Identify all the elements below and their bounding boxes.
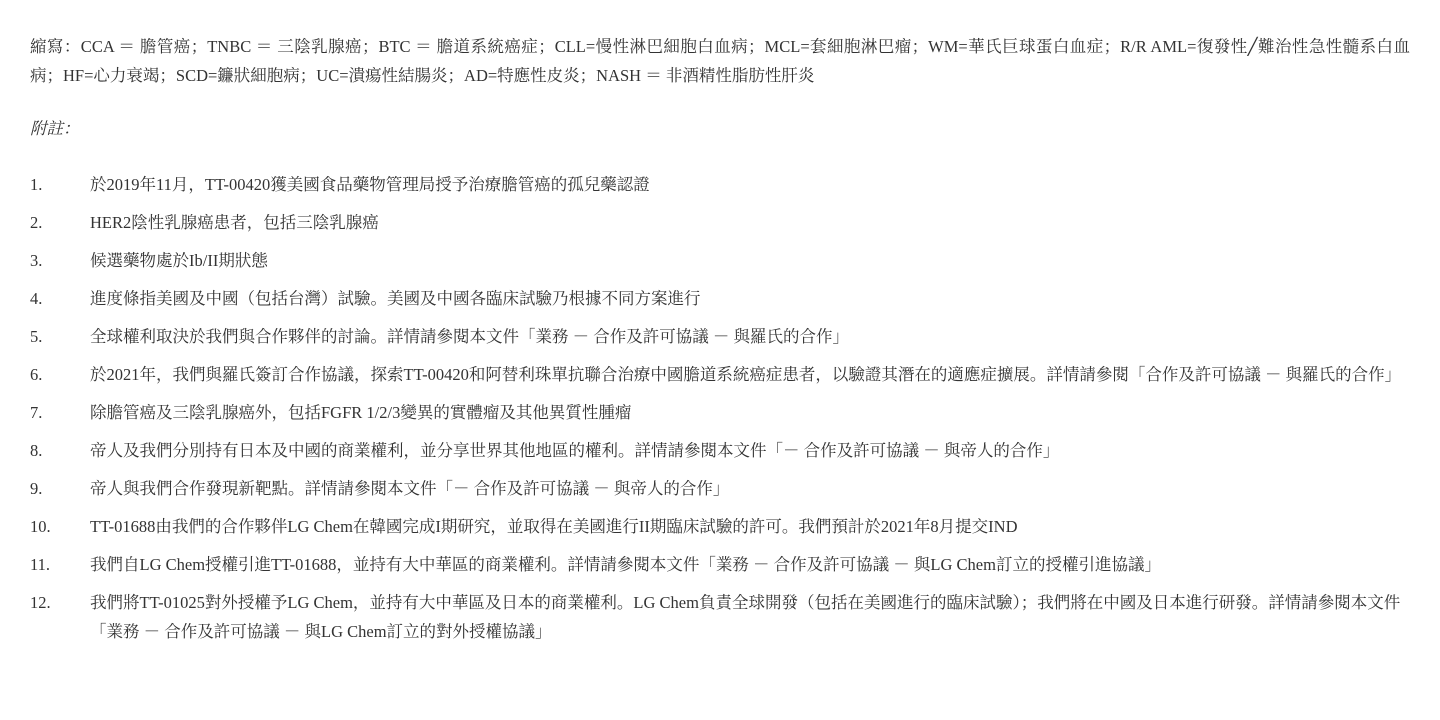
note-text: 於2019年11月，TT-00420獲美國食品藥物管理局授予治療膽管癌的孤兒藥認…: [90, 170, 1410, 199]
note-number: 9.: [30, 474, 90, 503]
note-number: 5.: [30, 322, 90, 351]
notes-title: 附註：: [30, 114, 1410, 143]
note-text: 候選藥物處於Ib/II期狀態: [90, 246, 1410, 275]
note-text: 帝人與我們合作發現新靶點。詳情請參閱本文件「－ 合作及許可協議 － 與帝人的合作…: [90, 474, 1410, 503]
note-number: 7.: [30, 398, 90, 427]
note-number: 4.: [30, 284, 90, 313]
note-number: 2.: [30, 208, 90, 237]
note-text: HER2陰性乳腺癌患者，包括三陰乳腺癌: [90, 208, 1410, 237]
note-text: 於2021年，我們與羅氏簽訂合作協議，探索TT-00420和阿替利珠單抗聯合治療…: [90, 360, 1410, 389]
note-item-1: 1. 於2019年11月，TT-00420獲美國食品藥物管理局授予治療膽管癌的孤…: [30, 170, 1410, 199]
note-text: 帝人及我們分別持有日本及中國的商業權利，並分享世界其他地區的權利。詳情請參閱本文…: [90, 436, 1410, 465]
note-item-6: 6. 於2021年，我們與羅氏簽訂合作協議，探索TT-00420和阿替利珠單抗聯…: [30, 360, 1410, 389]
note-text: 我們將TT-01025對外授權予LG Chem，並持有大中華區及日本的商業權利。…: [90, 588, 1410, 646]
note-number: 10.: [30, 512, 90, 541]
note-item-5: 5. 全球權利取決於我們與合作夥伴的討論。詳情請參閱本文件「業務 － 合作及許可…: [30, 322, 1410, 351]
note-number: 11.: [30, 550, 90, 579]
note-item-4: 4. 進度條指美國及中國（包括台灣）試驗。美國及中國各臨床試驗乃根據不同方案進行: [30, 284, 1410, 313]
document-page: 縮寫：CCA ＝ 膽管癌；TNBC ＝ 三陰乳腺癌；BTC ＝ 膽道系統癌症；C…: [30, 32, 1410, 655]
note-number: 3.: [30, 246, 90, 275]
note-item-11: 11. 我們自LG Chem授權引進TT-01688，並持有大中華區的商業權利。…: [30, 550, 1410, 579]
note-item-2: 2. HER2陰性乳腺癌患者，包括三陰乳腺癌: [30, 208, 1410, 237]
notes-list: 1. 於2019年11月，TT-00420獲美國食品藥物管理局授予治療膽管癌的孤…: [30, 170, 1410, 646]
note-text: TT-01688由我們的合作夥伴LG Chem在韓國完成I期研究，並取得在美國進…: [90, 512, 1410, 541]
note-item-7: 7. 除膽管癌及三陰乳腺癌外，包括FGFR 1/2/3變異的實體瘤及其他異質性腫…: [30, 398, 1410, 427]
note-item-10: 10. TT-01688由我們的合作夥伴LG Chem在韓國完成I期研究，並取得…: [30, 512, 1410, 541]
note-text: 我們自LG Chem授權引進TT-01688，並持有大中華區的商業權利。詳情請參…: [90, 550, 1410, 579]
note-item-3: 3. 候選藥物處於Ib/II期狀態: [30, 246, 1410, 275]
note-number: 6.: [30, 360, 90, 389]
note-item-12: 12. 我們將TT-01025對外授權予LG Chem，並持有大中華區及日本的商…: [30, 588, 1410, 646]
note-number: 12.: [30, 588, 90, 646]
abbreviations-paragraph: 縮寫：CCA ＝ 膽管癌；TNBC ＝ 三陰乳腺癌；BTC ＝ 膽道系統癌症；C…: [30, 32, 1410, 90]
note-number: 1.: [30, 170, 90, 199]
note-number: 8.: [30, 436, 90, 465]
note-item-9: 9. 帝人與我們合作發現新靶點。詳情請參閱本文件「－ 合作及許可協議 － 與帝人…: [30, 474, 1410, 503]
note-text: 除膽管癌及三陰乳腺癌外，包括FGFR 1/2/3變異的實體瘤及其他異質性腫瘤: [90, 398, 1410, 427]
note-item-8: 8. 帝人及我們分別持有日本及中國的商業權利，並分享世界其他地區的權利。詳情請參…: [30, 436, 1410, 465]
note-text: 進度條指美國及中國（包括台灣）試驗。美國及中國各臨床試驗乃根據不同方案進行: [90, 284, 1410, 313]
note-text: 全球權利取決於我們與合作夥伴的討論。詳情請參閱本文件「業務 － 合作及許可協議 …: [90, 322, 1410, 351]
